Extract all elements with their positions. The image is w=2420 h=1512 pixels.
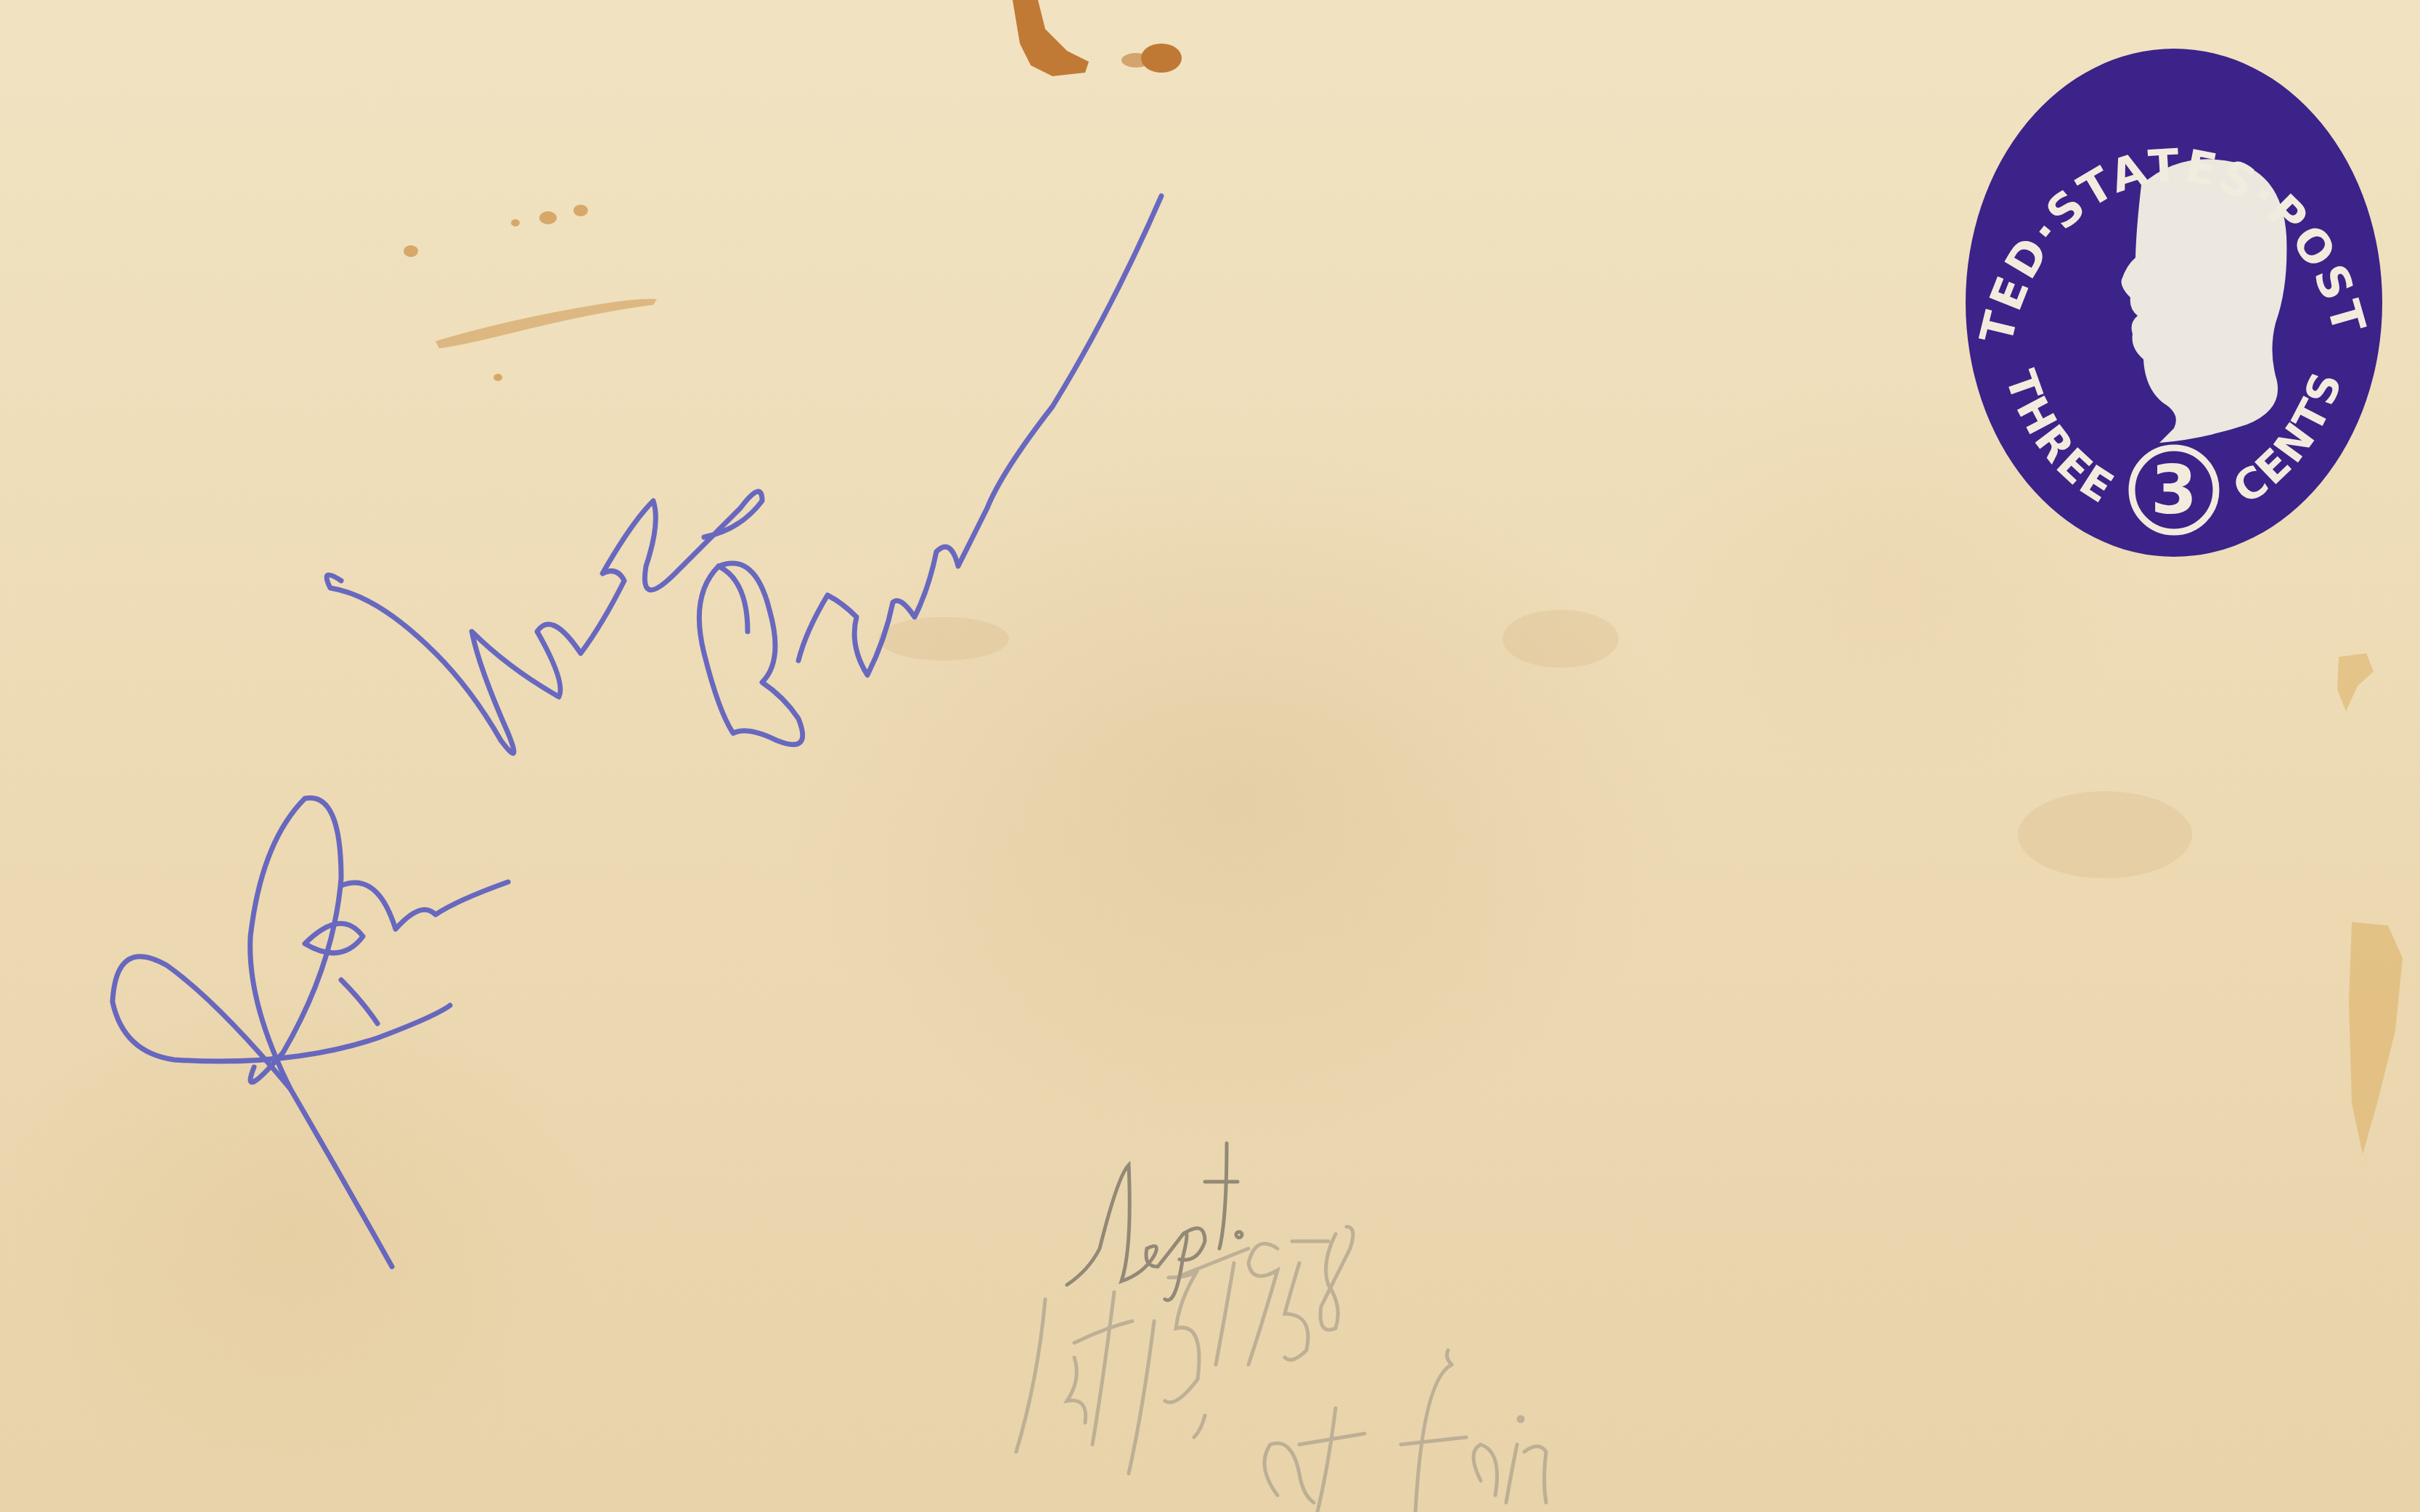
handwriting-layer (0, 0, 2420, 1512)
envelope: UNITED·STATES·POSTAGE THREE CENTS 3 (0, 0, 2420, 1512)
autograph-signature (113, 196, 1161, 1267)
pencil-note (1067, 1143, 1242, 1300)
